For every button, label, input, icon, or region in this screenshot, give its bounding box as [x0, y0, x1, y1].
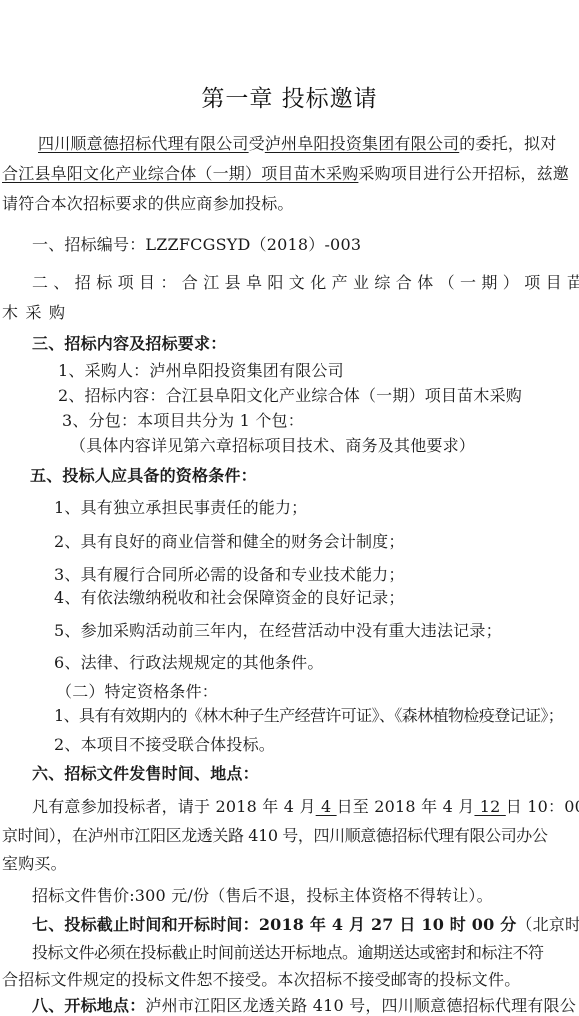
sale-paragraph-line-3: 室购买。 — [2, 853, 67, 875]
qualification-item: 3、具有履行合同所必需的设备和专业技术能力； — [54, 564, 405, 586]
section-tender-number: 一、招标编号：LZZFCGSYD（2018）-003 — [32, 234, 361, 256]
section-tender-project-line-2: 木采购 — [2, 302, 73, 324]
content-item: 1、采购人：泸州阜阳投资集团有限公司 — [58, 360, 344, 382]
qualification-item: 1、具有独立承担民事责任的能力； — [54, 497, 307, 519]
section-opening-location: 八、开标地点：泸州市江阳区龙透关路 410 号，四川顺意德招标代理有限公 — [32, 995, 576, 1016]
intro-line-3: 请符合本次招标要求的供应商参加投标。 — [2, 193, 294, 215]
content-item: 3、分包：本项目共分为 1 个包： — [62, 410, 304, 432]
deadline-time: 2018 年 4 月 27 日 10 时 00 分 — [259, 915, 517, 934]
content-item: 2、招标内容：合江县阜阳文化产业综合体（一期）项目苗木采购 — [58, 385, 522, 407]
client-name: 泸州阜阳投资集团有限公司 — [265, 134, 459, 153]
qualification-item: 6、法律、行政法规规定的其他条件。 — [54, 652, 324, 674]
section-sale-heading: 六、招标文件发售时间、地点： — [32, 763, 259, 785]
section-qualification-heading: 五、投标人应具备的资格条件： — [30, 465, 257, 487]
qualification-item: 4、有依法缴纳税收和社会保障资金的良好记录； — [54, 587, 405, 609]
qualification-item: 5、参加采购活动前三年内，在经营活动中没有重大违法记录； — [54, 620, 502, 642]
sale-paragraph-line-2: 京时间），在泸州市江阳区龙透关路 410 号，四川顺意德招标代理有限公司办公 — [2, 825, 548, 847]
project-name: 合江县阜阳文化产业综合体（一期）项目苗木采购 — [2, 164, 358, 183]
sale-paragraph-line-1: 凡有意参加投标者，请于 2018 年 4 月 4 日至 2018 年 4 月 1… — [32, 796, 579, 818]
start-day: 4 — [316, 797, 337, 816]
agent-name: 四川顺意德招标代理有限公司 — [38, 134, 249, 153]
chapter-title: 第一章 投标邀请 — [0, 84, 579, 114]
special-qualification-item: 1、具有有效期内的《林木种子生产经营许可证》、《森林植物检疫登记证》； — [54, 705, 563, 727]
intro-line-2: 合江县阜阳文化产业综合体（一期）项目苗木采购采购项目进行公开招标，兹邀 — [2, 163, 569, 185]
deadline-paragraph-line-2: 合招标文件规定的投标文件恕不接受。本次招标不接受邮寄的投标文件。 — [2, 969, 520, 991]
section-deadline: 七、投标截止时间和开标时间：2018 年 4 月 27 日 10 时 00 分（… — [32, 914, 579, 936]
content-item: （具体内容详见第六章招标项目技术、商务及其他要求） — [70, 435, 475, 457]
end-day: 12 — [474, 797, 505, 816]
intro-line-1: 四川顺意德招标代理有限公司受泸州阜阳投资集团有限公司的委托，拟对 — [38, 133, 556, 155]
section-tender-project-line-1: 二、招标项目：合江县阜阳文化产业综合体（一期）项目苗 — [32, 272, 579, 294]
deadline-paragraph-line-1: 投标文件必须在投标截止时间前送达开标地点。逾期送达或密封和标注不符 — [32, 942, 544, 964]
special-qualification-item: 2、本项目不接受联合体投标。 — [54, 734, 275, 756]
document-price: 招标文件售价:300 元/份（售后不退，投标主体资格不得转让）。 — [32, 885, 493, 907]
qualification-item: 2、具有良好的商业信誉和健全的财务会计制度； — [54, 531, 405, 553]
section-content-heading: 三、招标内容及招标要求： — [32, 333, 226, 355]
special-qualification-heading: （二）特定资格条件： — [56, 681, 218, 703]
